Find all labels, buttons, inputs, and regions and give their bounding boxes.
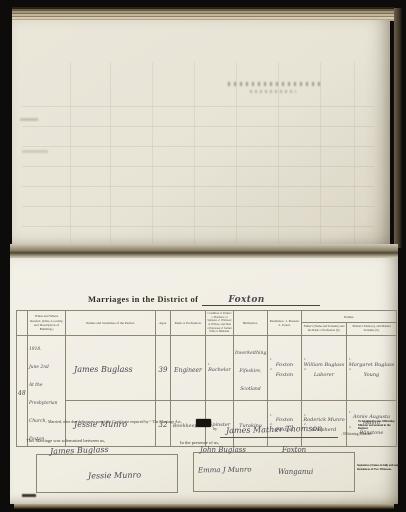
header-rank: Rank or Profession.: [171, 311, 206, 336]
header-father: Father's (Name and Surname) and his Rank…: [302, 323, 347, 335]
header-mother: Mother's Name (a), and Maiden Surname (b…: [347, 323, 397, 335]
header-names-group: Names.: [302, 311, 397, 323]
bride-father-name: Roderick Munro: [303, 417, 345, 423]
header-ages: Ages.: [156, 311, 171, 336]
officiating-minister-label: , Officiating Minister.: [341, 432, 372, 436]
showthrough-line: [22, 126, 374, 127]
ink-bleed-smudge: [250, 90, 296, 93]
header-condition: Condition of Parties: 1. Bachelor or Spi…: [206, 311, 234, 336]
groom-row: 48 1918. June 2nd At the Presbyterian Ch…: [17, 335, 397, 400]
page-title: Marriages in the District ofFoxton: [88, 294, 320, 306]
showthrough-line: [320, 62, 321, 252]
book-side-edge: [394, 8, 402, 248]
minister-signature-line: [220, 428, 338, 438]
entry-number-cell: 48: [17, 335, 28, 446]
groom-residence-cell: 1. Foxton 2. Foxton: [268, 335, 302, 400]
margin-note-witnesses: Signatures (Names in full) and usual Res…: [357, 464, 401, 471]
certificate-statement: Married, after due delivery to me of the…: [48, 419, 182, 424]
showthrough-line: [22, 226, 374, 227]
header-birthplace: Birthplace.: [234, 311, 268, 336]
ink-bleed-smudge: [22, 150, 48, 153]
district-entry: Foxton: [202, 294, 320, 306]
header-when-where: When and Where married. (Date, Locality,…: [28, 311, 66, 336]
when-where-cell: 1918. June 2nd At the Presbyterian Churc…: [28, 335, 66, 446]
showthrough-line: [110, 62, 111, 252]
margin-note-minister: To be signed by the Officiating Minister…: [358, 420, 400, 431]
ink-bleed-smudge: [228, 82, 320, 86]
header-residence: Residence. 1. Present. 2. Usual.: [268, 311, 302, 336]
groom-birthplace-cell: Inverkeithing, Fifeshire, Scotland: [234, 335, 268, 400]
groom-condition: Bachelor: [207, 367, 232, 373]
margin-note-minister-text: To be signed by the Officiating Minister…: [358, 420, 395, 430]
bride-signature: Jessie Munro: [88, 471, 141, 481]
header-names: Names and Surnames of the Parties.: [66, 311, 156, 336]
ink-bleed-smudge: [20, 118, 38, 121]
groom-mother-cell: 1. Margaret Buglass 2. Young: [347, 335, 397, 400]
solemnised-label: This Marriage was solemnised between us,: [26, 438, 105, 443]
margin-note-witnesses-text: Signatures (Names in full) and usual Res…: [357, 464, 400, 471]
previous-page-back: [12, 20, 390, 248]
witness2-residence: Wanganui: [278, 468, 313, 476]
showthrough-line: [22, 186, 374, 187]
groom-rank: Engineer: [174, 367, 202, 374]
groom-birthplace: Inverkeithing, Fifeshire, Scotland: [235, 351, 268, 392]
groom-father-name: William Buglass: [303, 362, 345, 368]
header-number: [17, 311, 28, 336]
small-print-smudge: [22, 494, 36, 497]
showthrough-line: [22, 106, 374, 107]
groom-mother-maiden: Young: [348, 372, 395, 378]
book-page-edges: [12, 7, 394, 21]
showthrough-line: [194, 62, 195, 252]
when-where-handwritten: 1918. June 2nd At the Presbyterian Churc…: [29, 347, 58, 442]
groom-father-rank: Laborer: [303, 372, 345, 378]
showthrough-line: [152, 62, 153, 252]
scanned-register-photo: Marriages in the District ofFoxton When …: [0, 0, 406, 512]
entry-number: 48: [18, 390, 26, 397]
showthrough-line: [22, 206, 374, 207]
by-label: by: [213, 426, 217, 431]
book-bottom-edge: [14, 504, 394, 509]
groom-mother-name: Margaret Buglass: [348, 362, 395, 368]
marriage-register-page: Marriages in the District ofFoxton When …: [10, 258, 398, 504]
showthrough-line: [236, 62, 237, 252]
groom-residence-usual: Foxton: [269, 372, 300, 378]
showthrough-line: [22, 166, 374, 167]
witness1-signature: John Buglass: [200, 446, 246, 454]
groom-condition-cell: 1. Bachelor: [206, 335, 234, 400]
showthrough-line: [22, 146, 374, 147]
district-handwritten: Foxton: [228, 295, 264, 305]
groom-father-cell: 1. William Buglass 2. Laborer: [302, 335, 347, 400]
title-printed-text: Marriages in the District of: [88, 294, 198, 304]
witness1-residence: Foxton: [282, 446, 306, 454]
showthrough-line: [70, 62, 71, 252]
act-year-redaction: [196, 419, 211, 427]
bride-residence-cell: 1. Foxton 2. Foxton: [268, 400, 302, 446]
groom-rank-cell: Engineer: [171, 335, 206, 400]
groom-name-cell: James Buglass: [66, 335, 156, 400]
showthrough-line: [354, 62, 355, 252]
groom-age: 39: [159, 366, 168, 374]
groom-age-cell: 39: [156, 335, 171, 400]
presence-label: In the presence of us,: [180, 440, 219, 445]
witness2-signature: Emma J Munro: [198, 466, 252, 475]
groom-name: James Buglass: [74, 365, 133, 374]
bride-birthplace-cell: Turakina: [234, 400, 268, 446]
